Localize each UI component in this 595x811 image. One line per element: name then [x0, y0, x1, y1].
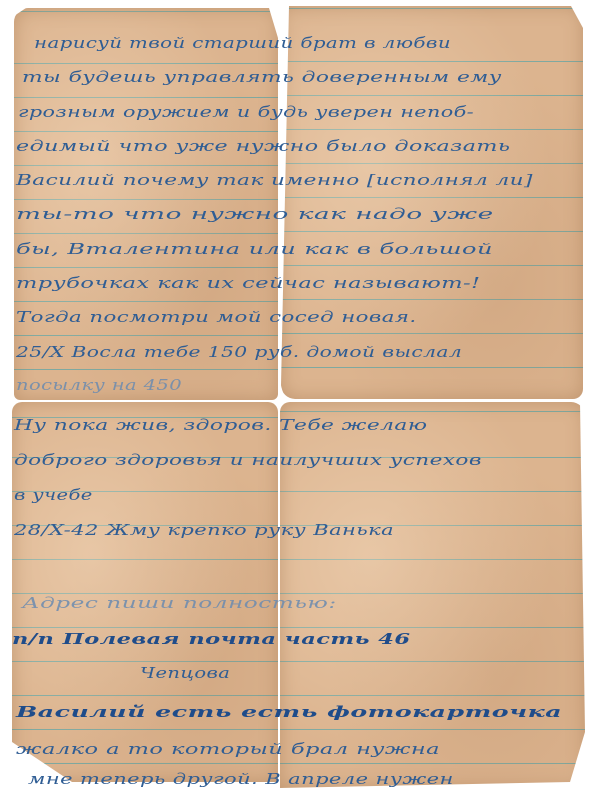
letter-line: бы, Вталентина или как в большой — [16, 240, 493, 258]
letter-line: посылку на 450 — [16, 376, 182, 394]
letter-line: Адрес пиши полностью: — [22, 594, 337, 612]
letter-line: Василий есть есть фотокарточка — [16, 703, 562, 721]
paper-quadrant-top-right — [281, 6, 583, 399]
letter-line: 28/X-42 Жму крепко руку Ванька — [14, 521, 394, 539]
letter-line: ты будешь управлять доверенным ему — [22, 68, 502, 86]
letter-line: Ну пока жив, здоров. Тебе желаю — [14, 416, 427, 434]
letter-line: трубочках как их сейчас называют-! — [16, 274, 481, 292]
letter-line: мне теперь другой. В апреле нужен — [28, 770, 454, 788]
letter-line: 25/X Восла тебе 150 руб. домой выслал — [16, 343, 462, 361]
paper-quadrant-top-left — [14, 8, 278, 400]
letter-line: жалко а то который брал нужна — [16, 740, 440, 758]
letter-line: доброго здоровья и наилучших успехов — [14, 451, 482, 469]
letter-line: п/п Полевая почта часть 46 — [12, 630, 410, 648]
letter-line: Чепцова — [140, 664, 230, 682]
letter-line: в учебе — [14, 486, 93, 504]
letter-line: едимый что уже нужно было доказать — [16, 137, 510, 155]
letter-line: грозным оружием и будь уверен непоб- — [18, 103, 474, 121]
letter-scan: нарисуй твой старший брат в любви ты буд… — [0, 0, 595, 811]
letter-line: Василий почему так именно [исполнял ли] — [16, 171, 533, 189]
letter-line: Тогда посмотри мой сосед новая. — [16, 308, 417, 326]
letter-line: ты-то что нужно как надо уже — [16, 205, 494, 223]
letter-line: нарисуй твой старший брат в любви — [34, 34, 451, 52]
